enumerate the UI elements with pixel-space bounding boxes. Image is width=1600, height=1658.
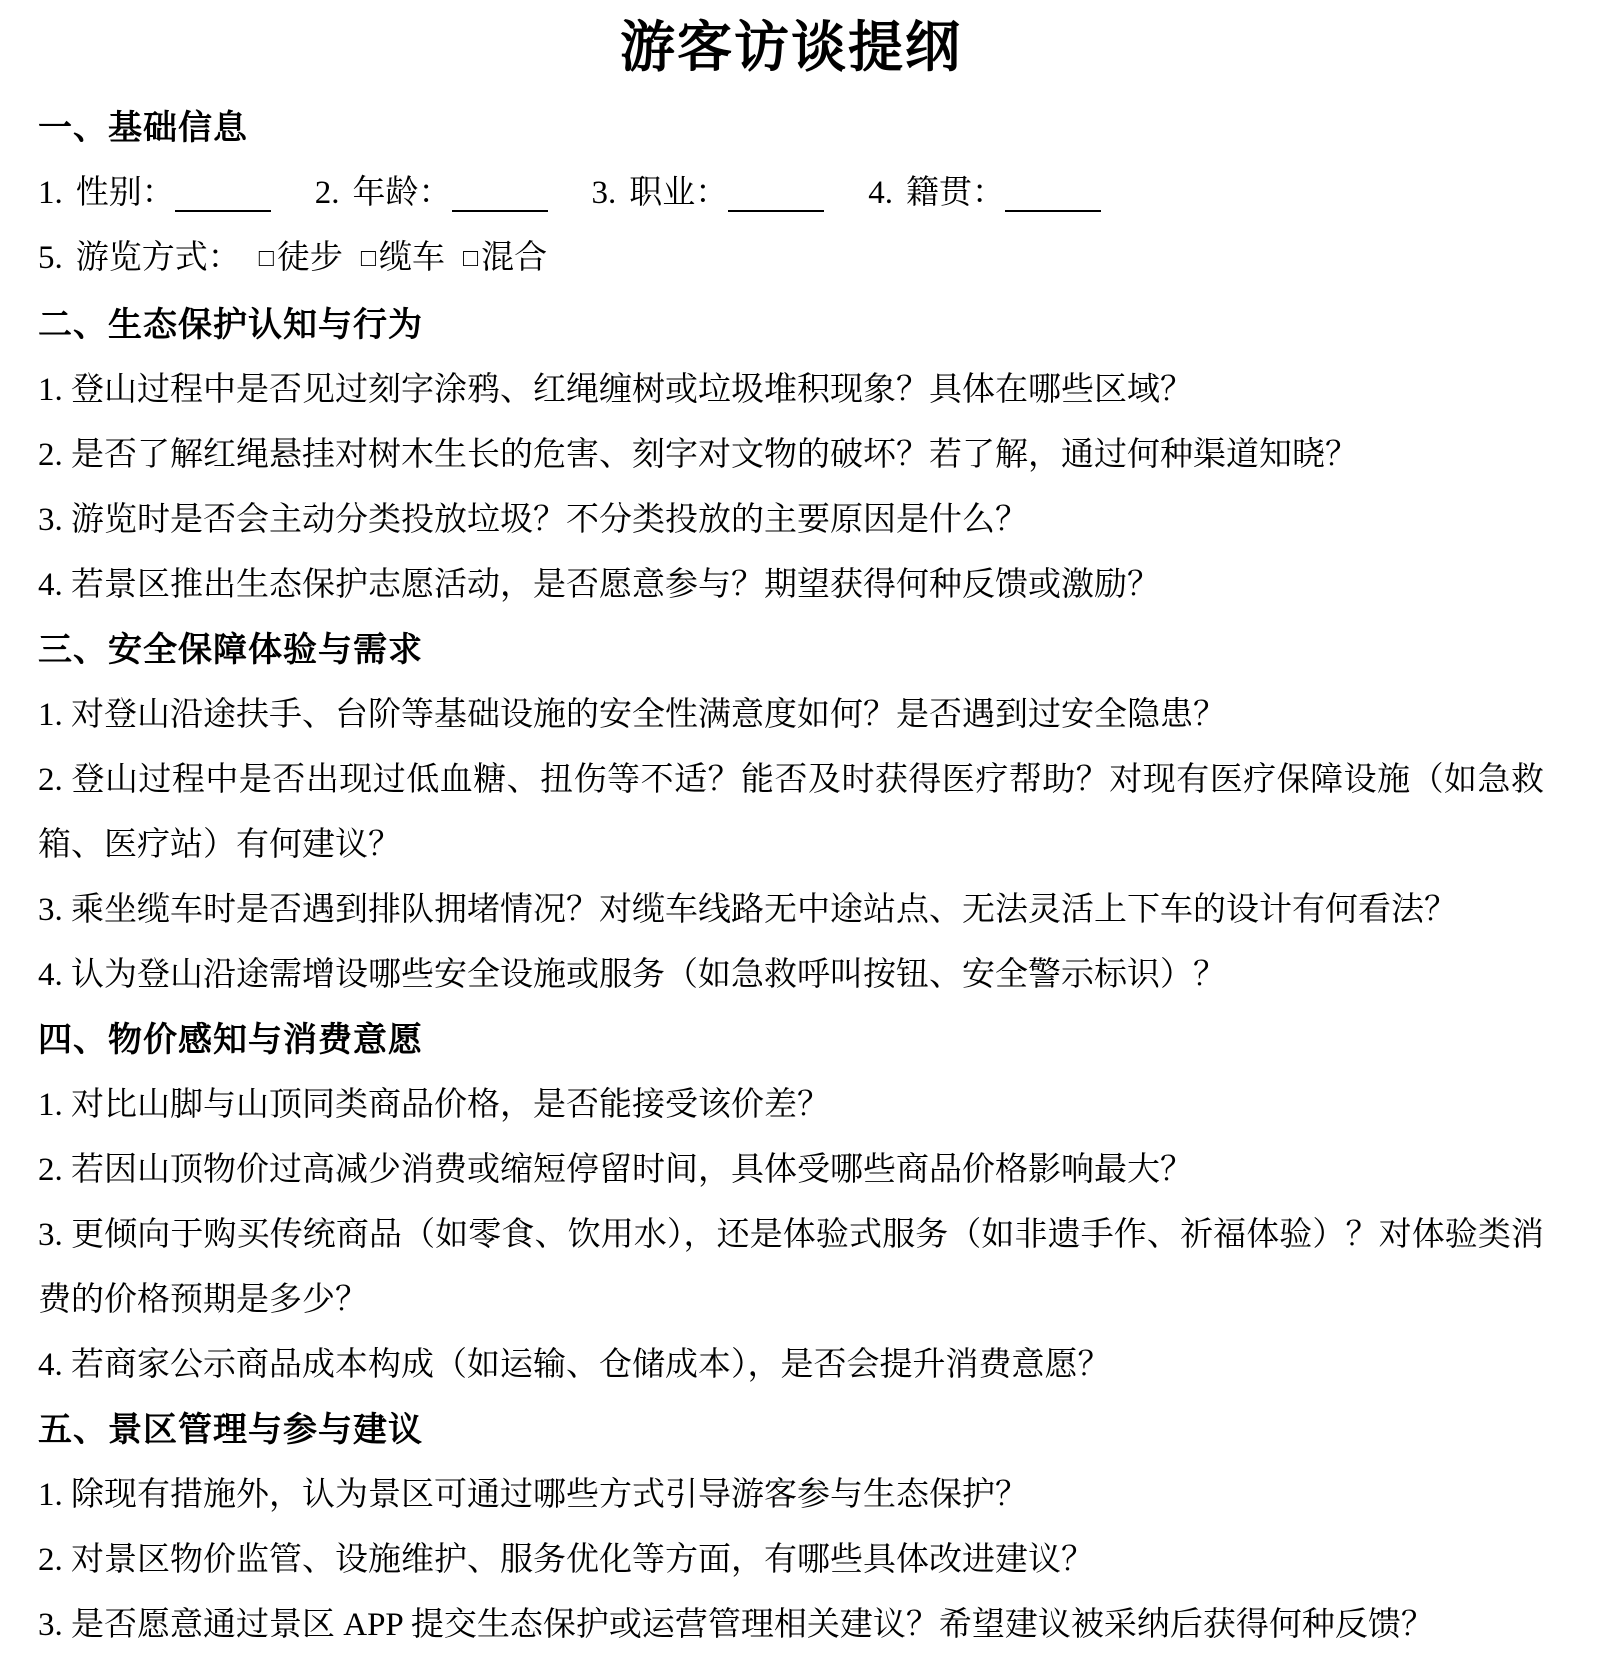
question-2-1: 1. 登山过程中是否见过刻字涂鸦、红绳缠树或垃圾堆积现象？具体在哪些区域？	[38, 358, 1544, 423]
field-number: 4.	[868, 161, 893, 226]
option-hiking: □徒步	[259, 240, 343, 276]
question-5-3: 3. 是否愿意通过景区 APP 提交生态保护或运营管理相关建议？希望建议被采纳后…	[38, 1593, 1544, 1658]
field-label: 年龄：	[353, 175, 452, 211]
field-label: 职业：	[629, 175, 728, 211]
option-mixed: □混合	[463, 240, 547, 276]
gender-blank	[175, 176, 271, 212]
field-number: 3.	[592, 161, 617, 226]
option-label: 混合	[481, 240, 547, 276]
question-4-3: 3. 更倾向于购买传统商品（如零食、饮用水），还是体验式服务（如非遗手作、祈福体…	[38, 1203, 1544, 1333]
question-3-3: 3. 乘坐缆车时是否遇到排队拥堵情况？对缆车线路无中途站点、无法灵活上下车的设计…	[38, 878, 1544, 943]
field-number: 5.	[38, 226, 63, 291]
option-label: 徒步	[277, 240, 343, 276]
question-3-2: 2. 登山过程中是否出现过低血糖、扭伤等不适？能否及时获得医疗帮助？对现有医疗保…	[38, 748, 1544, 878]
option-cablecar: □缆车	[361, 240, 445, 276]
field-label: 籍贯：	[906, 175, 1005, 211]
basic-fields-line: 1.性别：2.年龄：3.职业：4.籍贯：	[38, 161, 1544, 226]
visit-mode-line: 5.游览方式：□徒步□缆车□混合	[38, 226, 1544, 293]
section-5-heading: 五、景区管理与参与建议	[38, 1398, 1544, 1463]
field-number: 2.	[315, 161, 340, 226]
option-label: 缆车	[379, 240, 445, 276]
field-number: 1.	[38, 161, 63, 226]
section-4-heading: 四、物价感知与消费意愿	[38, 1008, 1544, 1073]
question-4-1: 1. 对比山脚与山顶同类商品价格，是否能接受该价差？	[38, 1073, 1544, 1138]
checkbox-icon: □	[259, 226, 274, 291]
question-2-4: 4. 若景区推出生态保护志愿活动，是否愿意参与？期望获得何种反馈或激励？	[38, 553, 1544, 618]
field-occupation: 3.职业：	[592, 175, 825, 211]
section-1-heading: 一、基础信息	[38, 96, 1544, 161]
question-3-1: 1. 对登山沿途扶手、台阶等基础设施的安全性满意度如何？是否遇到过安全隐患？	[38, 683, 1544, 748]
question-2-3: 3. 游览时是否会主动分类投放垃圾？不分类投放的主要原因是什么？	[38, 488, 1544, 553]
question-2-2: 2. 是否了解红绳悬挂对树木生长的危害、刻字对文物的破坏？若了解，通过何种渠道知…	[38, 423, 1544, 488]
field-label: 游览方式：	[76, 240, 241, 276]
field-hometown: 4.籍贯：	[868, 175, 1101, 211]
hometown-blank	[1005, 176, 1101, 212]
section-2-heading: 二、生态保护认知与行为	[38, 293, 1544, 358]
question-5-1: 1. 除现有措施外，认为景区可通过哪些方式引导游客参与生态保护？	[38, 1463, 1544, 1528]
section-3-heading: 三、安全保障体验与需求	[38, 618, 1544, 683]
occupation-blank	[728, 176, 824, 212]
question-4-4: 4. 若商家公示商品成本构成（如运输、仓储成本），是否会提升消费意愿？	[38, 1333, 1544, 1398]
question-5-2: 2. 对景区物价监管、设施维护、服务优化等方面，有哪些具体改进建议？	[38, 1528, 1544, 1593]
age-blank	[452, 176, 548, 212]
question-4-2: 2. 若因山顶物价过高减少消费或缩短停留时间，具体受哪些商品价格影响最大？	[38, 1138, 1544, 1203]
field-age: 2.年龄：	[315, 175, 548, 211]
question-3-4: 4. 认为登山沿途需增设哪些安全设施或服务（如急救呼叫按钮、安全警示标识）？	[38, 943, 1544, 1008]
document-page: 游客访谈提纲 一、基础信息 1.性别：2.年龄：3.职业：4.籍贯： 5.游览方…	[0, 0, 1600, 1658]
field-gender: 1.性别：	[38, 175, 271, 211]
field-label: 性别：	[76, 175, 175, 211]
checkbox-icon: □	[361, 226, 376, 291]
page-title: 游客访谈提纲	[38, 0, 1544, 96]
checkbox-icon: □	[463, 226, 478, 291]
